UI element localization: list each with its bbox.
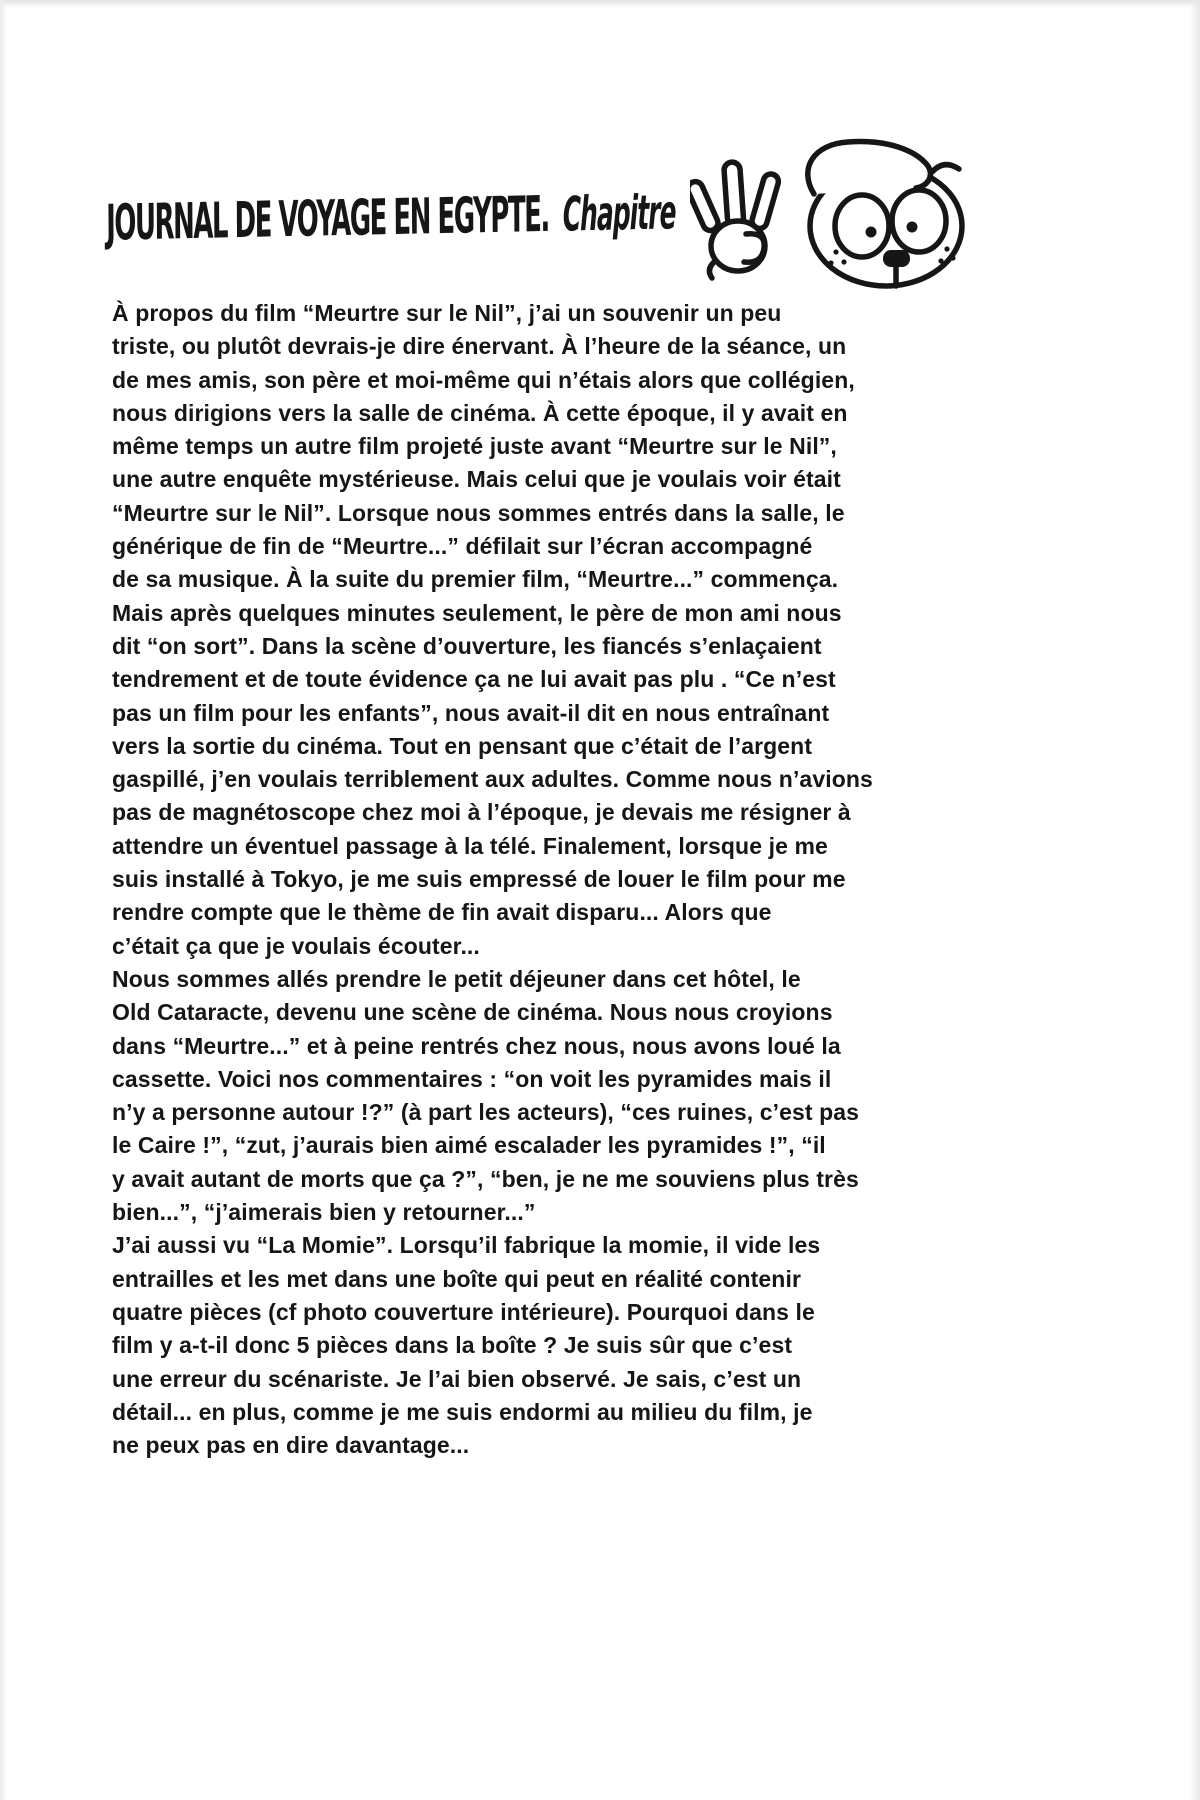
dog-face-icon	[808, 142, 962, 286]
text-line: pas de magnétoscope chez moi à l’époque,…	[112, 796, 1002, 829]
text-line: À propos du film “Meurtre sur le Nil”, j…	[112, 297, 1002, 330]
text-line: attendre un éventuel passage à la télé. …	[112, 830, 1002, 863]
text-line: J’ai aussi vu “La Momie”. Lorsqu’il fabr…	[112, 1229, 1002, 1262]
text-line: générique de fin de “Meurtre...” défilai…	[112, 530, 1002, 563]
text-line: film y a-t-il donc 5 pièces dans la boît…	[112, 1329, 1002, 1362]
text-line: une autre enquête mystérieuse. Mais celu…	[112, 463, 1002, 496]
text-line: de mes amis, son père et moi-même qui n’…	[112, 364, 1002, 397]
text-line: pas un film pour les enfants”, nous avai…	[112, 697, 1002, 730]
text-line: de sa musique. À la suite du premier fil…	[112, 563, 1002, 596]
scan-edge-top	[0, 0, 1200, 8]
scan-edge-left	[0, 0, 7, 1800]
text-line: tendrement et de toute évidence ça ne lu…	[112, 663, 1002, 696]
text-line: le Caire !”, “zut, j’aurais bien aimé es…	[112, 1129, 1002, 1162]
text-line: c’était ça que je voulais écouter...	[112, 930, 1002, 963]
text-line: triste, ou plutôt devrais-je dire énerva…	[112, 330, 1002, 363]
text-line: Mais après quelques minutes seulement, l…	[112, 597, 1002, 630]
text-line: n’y a personne autour !?” (à part les ac…	[112, 1096, 1002, 1129]
scan-edge-right	[1190, 0, 1200, 1800]
text-line: “Meurtre sur le Nil”. Lorsque nous somme…	[112, 497, 1002, 530]
text-line: gaspillé, j’en voulais terriblement aux …	[112, 763, 1002, 796]
text-line: suis installé à Tokyo, je me suis empres…	[112, 863, 1002, 896]
text-line: même temps un autre film projeté juste a…	[112, 430, 1002, 463]
text-line: entrailles et les met dans une boîte qui…	[112, 1263, 1002, 1296]
text-line: nous dirigions vers la salle de cinéma. …	[112, 397, 1002, 430]
text-line: ne peux pas en dire davantage...	[112, 1429, 1002, 1462]
chapter-doodle	[690, 130, 975, 295]
three-fingers-hand-icon	[690, 162, 780, 278]
text-line: vers la sortie du cinéma. Tout en pensan…	[112, 730, 1002, 763]
page-title-main: JOURNAL DE VOYAGE EN EGYPTE.	[106, 187, 549, 253]
page-title: JOURNAL DE VOYAGE EN EGYPTE. Chapitre	[106, 185, 676, 253]
text-line: une erreur du scénariste. Je l’ai bien o…	[112, 1363, 1002, 1396]
text-line: dans “Meurtre...” et à peine rentrés che…	[112, 1030, 1002, 1063]
text-line: cassette. Voici nos commentaires : “on v…	[112, 1063, 1002, 1096]
text-line: y avait autant de morts que ça ?”, “ben,…	[112, 1163, 1002, 1196]
text-line: rendre compte que le thème de fin avait …	[112, 896, 1002, 929]
page-title-chapter-word: Chapitre	[563, 185, 676, 242]
text-line: bien...”, “j’aimerais bien y retourner..…	[112, 1196, 1002, 1229]
text-line: Nous sommes allés prendre le petit déjeu…	[112, 963, 1002, 996]
body-text: À propos du film “Meurtre sur le Nil”, j…	[112, 297, 1002, 1462]
text-line: Old Cataracte, devenu une scène de ciném…	[112, 996, 1002, 1029]
text-line: détail... en plus, comme je me suis endo…	[112, 1396, 1002, 1429]
text-line: quatre pièces (cf photo couverture intér…	[112, 1296, 1002, 1329]
scanned-journal-page: JOURNAL DE VOYAGE EN EGYPTE. Chapitre	[0, 0, 1200, 1800]
text-line: dit “on sort”. Dans la scène d’ouverture…	[112, 630, 1002, 663]
